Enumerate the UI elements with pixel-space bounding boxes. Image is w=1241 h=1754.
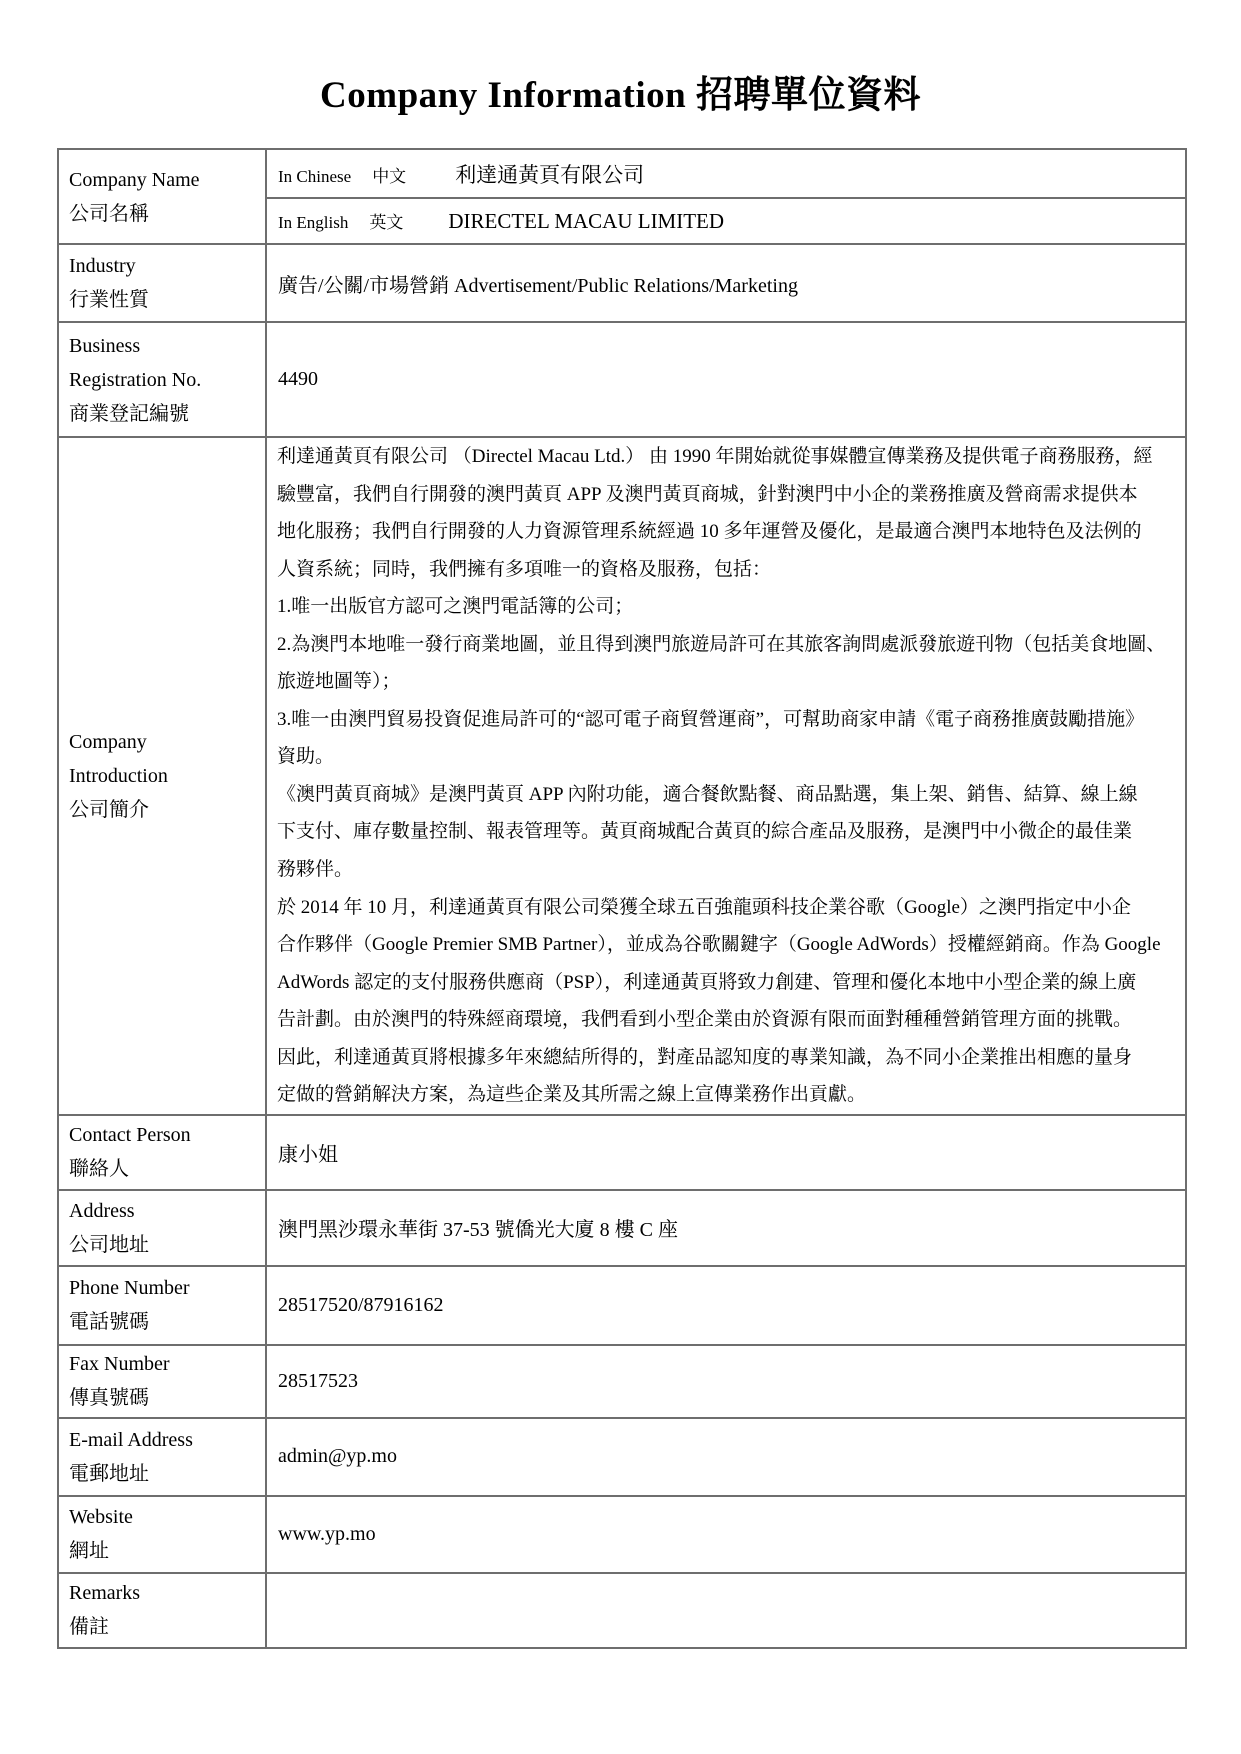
company-name-chinese-cell: In Chinese 中文 利達通黃頁有限公司	[266, 149, 1186, 198]
phone-label-cell: Phone Number 電話號碼	[58, 1266, 266, 1345]
business-registration-value: 4490	[278, 368, 318, 390]
remarks-label-zh: 備註	[69, 1610, 259, 1644]
row-phone-number: Phone Number 電話號碼 28517520/87916162	[58, 1266, 1186, 1345]
company-introduction-text-cell: 利達通黃頁有限公司 （Directel Macau Ltd.） 由 1990 年…	[266, 437, 1186, 1115]
text-line: 定做的營銷解決方案，為這些企業及其所需之線上宣傳業務作出貢獻。	[277, 1076, 1175, 1114]
website-value: www.yp.mo	[278, 1523, 376, 1545]
address-label-cell: Address 公司地址	[58, 1190, 266, 1266]
text-line: Registration No.	[69, 363, 259, 397]
phone-label-zh: 電話號碼	[69, 1305, 259, 1339]
text-line: 公司簡介	[69, 793, 259, 827]
address-label-en: Address	[69, 1194, 259, 1228]
in-chinese-label-zh: 中文	[372, 167, 406, 186]
row-website: Website 網址 www.yp.mo	[58, 1496, 1186, 1573]
text-line: 告計劃。由於澳門的特殊經商環境，我們看到小型企業由於資源有限而面對種種營銷管理方…	[277, 1001, 1175, 1039]
company-name-chinese-value: 利達通黃頁有限公司	[455, 163, 644, 187]
text-line: 旅遊地圖等）；	[277, 663, 1175, 701]
email-value: admin@yp.mo	[278, 1445, 397, 1467]
industry-label-en: Industry	[69, 249, 259, 283]
email-label-zh: 電郵地址	[69, 1457, 259, 1491]
text-line: 人資系統；同時，我們擁有多項唯一的資格及服務，包括：	[277, 551, 1175, 589]
address-value-cell: 澳門黑沙環永華街 37-53 號僑光大廈 8 樓 C 座	[266, 1190, 1186, 1266]
industry-value-cell: 廣告/公關/市場營銷 Advertisement/Public Relation…	[266, 244, 1186, 322]
phone-label-en: Phone Number	[69, 1271, 259, 1305]
text-line: Company	[69, 725, 259, 759]
business-registration-label-cell: BusinessRegistration No.商業登記編號	[58, 322, 266, 437]
fax-value-cell: 28517523	[266, 1345, 1186, 1418]
text-line: 合作夥伴（Google Premier SMB Partner），並成為谷歌關鍵…	[277, 926, 1175, 964]
company-name-english-cell: In English 英文 DIRECTEL MACAU LIMITED	[266, 198, 1186, 244]
text-line: 地化服務；我們自行開發的人力資源管理系統經過 10 多年運營及優化，是最適合澳門…	[277, 513, 1175, 551]
company-name-label-zh: 公司名稱	[69, 197, 259, 231]
document-page: Company Information 招聘單位資料 Company Name …	[0, 0, 1241, 1754]
email-label-cell: E-mail Address 電郵地址	[58, 1418, 266, 1496]
row-industry: Industry 行業性質 廣告/公關/市場營銷 Advertisement/P…	[58, 244, 1186, 322]
company-name-english-value: DIRECTEL MACAU LIMITED	[448, 209, 724, 233]
contact-person-label-zh: 聯絡人	[69, 1152, 259, 1186]
industry-label-cell: Industry 行業性質	[58, 244, 266, 322]
text-line: 下支付、庫存數量控制、報表管理等。黃頁商城配合黃頁的綜合產品及服務，是澳門中小微…	[277, 813, 1175, 851]
row-remarks: Remarks 備註	[58, 1573, 1186, 1648]
phone-value: 28517520/87916162	[278, 1294, 444, 1316]
company-name-label-en: Company Name	[69, 163, 259, 197]
text-line: 3.唯一由澳門貿易投資促進局許可的“認可電子商貿營運商”，可幫助商家申請《電子商…	[277, 701, 1175, 739]
row-contact-person: Contact Person 聯絡人 康小姐	[58, 1115, 1186, 1190]
address-value: 澳門黑沙環永華街 37-53 號僑光大廈 8 樓 C 座	[278, 1219, 678, 1241]
page-title: Company Information 招聘單位資料	[0, 0, 1241, 116]
text-line: 商業登記編號	[69, 397, 259, 431]
row-business-registration: BusinessRegistration No.商業登記編號 4490	[58, 322, 1186, 437]
company-introduction-label-cell: CompanyIntroduction公司簡介	[58, 437, 266, 1115]
text-line: 1.唯一出版官方認可之澳門電話簿的公司；	[277, 588, 1175, 626]
text-line: 驗豐富，我們自行開發的澳門黃頁 APP 及澳門黃頁商城，針對澳門中小企的業務推廣…	[277, 476, 1175, 514]
remarks-value-cell	[266, 1573, 1186, 1648]
address-label-zh: 公司地址	[69, 1228, 259, 1262]
text-line: 務夥伴。	[277, 851, 1175, 889]
fax-label-cell: Fax Number 傳真號碼	[58, 1345, 266, 1418]
remarks-label-cell: Remarks 備註	[58, 1573, 266, 1648]
row-company-introduction: CompanyIntroduction公司簡介 利達通黃頁有限公司 （Direc…	[58, 437, 1186, 1115]
row-fax-number: Fax Number 傳真號碼 28517523	[58, 1345, 1186, 1418]
in-english-label: In English	[278, 213, 348, 232]
fax-value: 28517523	[278, 1370, 358, 1392]
text-line: 因此，利達通黃頁將根據多年來總結所得的，對產品認知度的專業知識，為不同小企業推出…	[277, 1039, 1175, 1077]
company-info-table: Company Name 公司名稱 In Chinese 中文 利達通黃頁有限公…	[57, 148, 1187, 1649]
business-registration-value-cell: 4490	[266, 322, 1186, 437]
remarks-label-en: Remarks	[69, 1576, 259, 1610]
text-line: Introduction	[69, 759, 259, 793]
website-label-zh: 網址	[69, 1534, 259, 1568]
contact-person-label-en: Contact Person	[69, 1118, 259, 1152]
website-label-en: Website	[69, 1500, 259, 1534]
contact-person-value: 康小姐	[278, 1144, 338, 1166]
contact-person-label-cell: Contact Person 聯絡人	[58, 1115, 266, 1190]
text-line: 資助。	[277, 738, 1175, 776]
industry-value: 廣告/公關/市場營銷 Advertisement/Public Relation…	[278, 275, 798, 297]
row-address: Address 公司地址 澳門黑沙環永華街 37-53 號僑光大廈 8 樓 C …	[58, 1190, 1186, 1266]
contact-person-value-cell: 康小姐	[266, 1115, 1186, 1190]
company-name-label-cell: Company Name 公司名稱	[58, 149, 266, 244]
text-line: AdWords 認定的支付服務供應商（PSP），利達通黃頁將致力創建、管理和優化…	[277, 964, 1175, 1002]
row-email: E-mail Address 電郵地址 admin@yp.mo	[58, 1418, 1186, 1496]
fax-label-en: Fax Number	[69, 1347, 259, 1381]
in-chinese-label: In Chinese	[278, 167, 351, 186]
phone-value-cell: 28517520/87916162	[266, 1266, 1186, 1345]
website-label-cell: Website 網址	[58, 1496, 266, 1573]
fax-label-zh: 傳真號碼	[69, 1381, 259, 1415]
text-line: 《澳門黃頁商城》是澳門黃頁 APP 內附功能，適合餐飲點餐、商品點選，集上架、銷…	[277, 776, 1175, 814]
text-line: 於 2014 年 10 月，利達通黃頁有限公司榮獲全球五百強龍頭科技企業谷歌（G…	[277, 889, 1175, 927]
industry-label-zh: 行業性質	[69, 283, 259, 317]
website-value-cell: www.yp.mo	[266, 1496, 1186, 1573]
text-line: Business	[69, 329, 259, 363]
row-company-name-chinese: Company Name 公司名稱 In Chinese 中文 利達通黃頁有限公…	[58, 149, 1186, 198]
text-line: 利達通黃頁有限公司 （Directel Macau Ltd.） 由 1990 年…	[277, 438, 1175, 476]
text-line: 2.為澳門本地唯一發行商業地圖，並且得到澳門旅遊局許可在其旅客詢問處派發旅遊刊物…	[277, 626, 1175, 664]
email-label-en: E-mail Address	[69, 1423, 259, 1457]
in-english-label-zh: 英文	[369, 213, 403, 232]
email-value-cell: admin@yp.mo	[266, 1418, 1186, 1496]
